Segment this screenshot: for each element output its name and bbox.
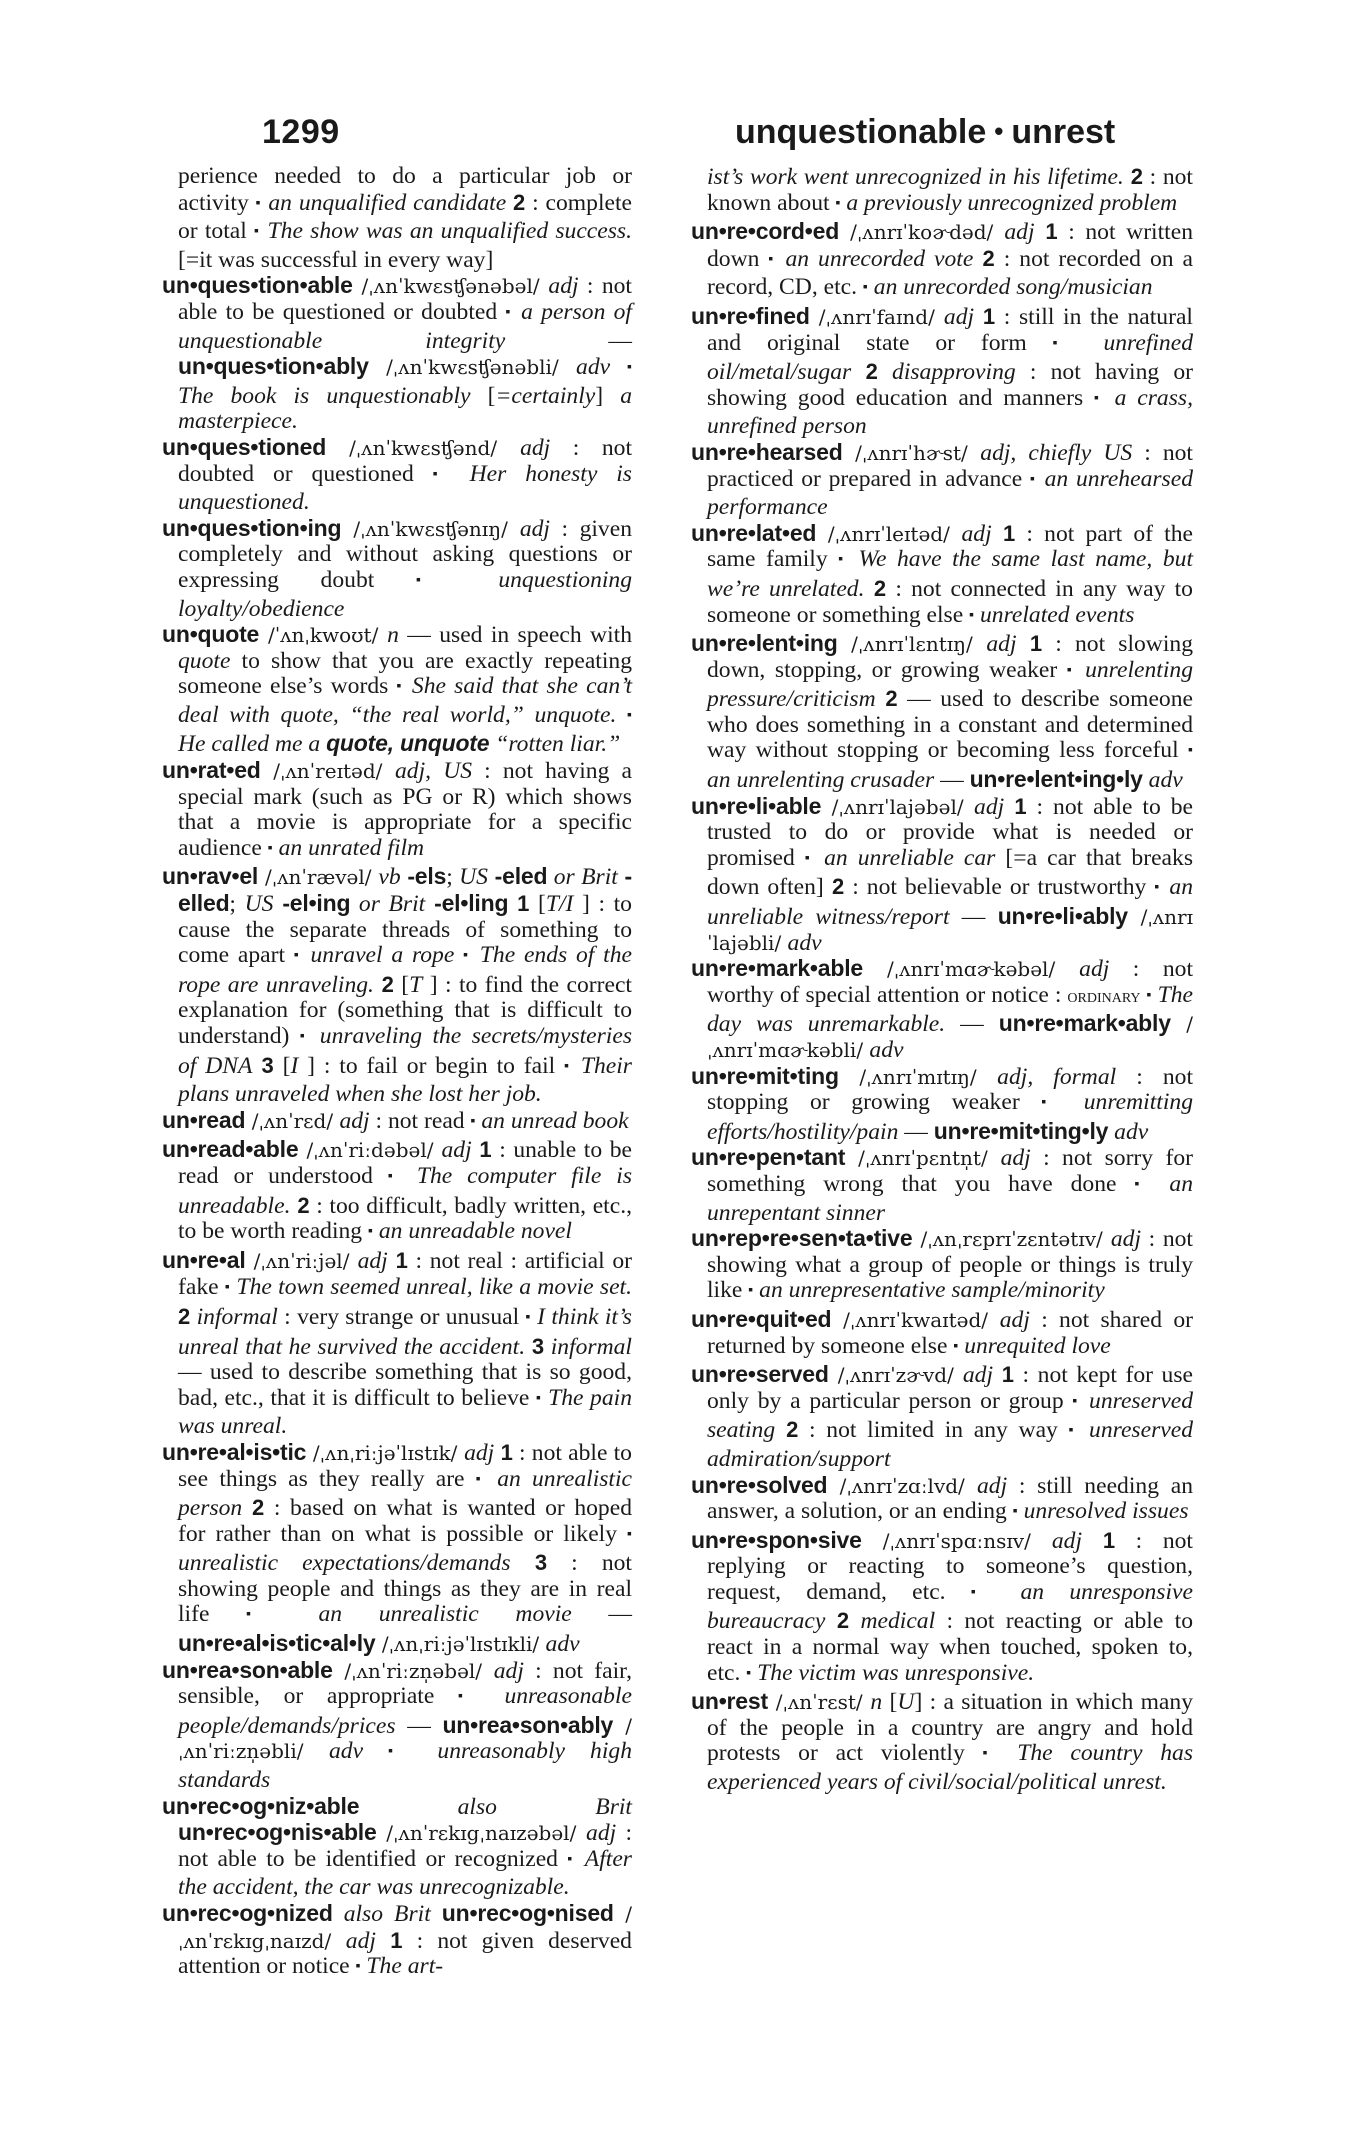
headword: un•read	[162, 1107, 245, 1133]
italic-text: an unreadable novel	[373, 1218, 572, 1244]
dictionary-entry: un•ques•tion•ing /ˌʌnˈkwɛsʧənɪŋ/ adj : g…	[162, 516, 632, 622]
italic-text: an unrelenting crusader	[707, 767, 934, 793]
sense-number: 1	[376, 1928, 403, 1953]
dictionary-entry: un•rest /ˌʌnˈrɛst/ n [U] : a situation i…	[691, 1689, 1193, 1795]
italic-text: =certainly	[495, 383, 595, 409]
headword: un•ques•tion•ing	[162, 515, 341, 541]
italic-text: an unrecorded song/musician	[868, 274, 1153, 300]
pronunciation: /ˌʌnrɪˈkwaɪtəd/	[831, 1308, 999, 1332]
italic-text: or Brit	[547, 864, 617, 890]
example-marker: ▪	[1013, 1504, 1018, 1519]
pronunciation: /ˌʌnˈkwɛsʧənd/	[326, 436, 520, 460]
pronunciation: /ˌʌnrɪˈlɛntɪŋ/	[838, 632, 987, 656]
definition-text: [=it was successful in every way]	[178, 247, 493, 273]
italic-text: adj	[1004, 219, 1034, 245]
headword: un•re•lent•ing	[691, 630, 838, 656]
pronunciation: /ˌʌnˈkwɛsʧənɪŋ/	[341, 517, 519, 541]
definition-text: [	[394, 972, 409, 998]
headword: un•re•mit•ting	[691, 1063, 839, 1089]
pronunciation: /ˌʌnˈriːzn̩əbəl/	[333, 1659, 494, 1683]
example-marker: ▪	[1134, 1177, 1151, 1192]
sense-number: 2	[374, 972, 394, 997]
example-marker: ▪	[1041, 1095, 1062, 1110]
guide-word-first: unquestionable	[735, 113, 986, 151]
pronunciation: /ˌʌnrɪˈkoɚdəd/	[839, 220, 1004, 244]
italic-text: adj	[1111, 1226, 1141, 1252]
sense-number: 1	[388, 1248, 408, 1273]
example-marker: ▪	[627, 1527, 632, 1542]
italic-text: T/I	[546, 891, 574, 917]
sense-number: 2	[513, 190, 525, 215]
dictionary-entry: un•re•fined /ˌʌnrɪˈfaɪnd/ adj 1 : still …	[691, 304, 1193, 440]
headword: un•re•hearsed	[691, 439, 843, 465]
headword: un•re•mit•ting•ly	[934, 1118, 1108, 1144]
italic-text: n	[870, 1689, 882, 1715]
sense-number: 1	[993, 1362, 1014, 1387]
pronunciation: /ˌʌnˈkwɛsʧənəbli/	[369, 355, 576, 379]
example-marker: ▪	[254, 224, 260, 239]
dictionary-entry: un•rea•son•able /ˌʌnˈriːzn̩əbəl/ adj : n…	[162, 1658, 632, 1794]
definition-text	[1141, 982, 1147, 1008]
definition-text	[616, 702, 627, 728]
definition-text: [	[274, 1053, 291, 1079]
dictionary-entry: un•rep•re•sen•ta•tive /ˌʌnˌrɛprɪˈzɛntətɪ…	[691, 1226, 1193, 1307]
sense-number: 2	[1124, 164, 1143, 189]
italic-text: adj	[1000, 1307, 1030, 1333]
sense-number: 2	[824, 874, 844, 899]
example-marker: ▪	[256, 196, 262, 211]
italic-text: adv	[788, 930, 822, 956]
page-number: 1299	[262, 113, 340, 152]
dictionary-entry: un•re•hearsed /ˌʌnrɪˈhɚst/ adj, chiefly …	[691, 440, 1193, 521]
example-marker: ▪	[388, 1169, 402, 1184]
pronunciation: /ˌʌnˈriːdəbəl/	[298, 1138, 441, 1162]
italic-text: adj	[520, 516, 550, 542]
example-marker: ▪	[300, 1029, 310, 1044]
sense-number: 3	[252, 1053, 273, 1078]
definition-text	[363, 1738, 388, 1764]
example-marker: ▪	[983, 1746, 1000, 1761]
dictionary-entry: un•ques•tion•able /ˌʌnˈkwɛsʧənəbəl/ adj …	[162, 273, 632, 435]
italic-text: The book is unquestionably	[178, 383, 488, 409]
pronunciation: /ˌʌnrɪˈmɑɚkəbəl/	[863, 957, 1079, 981]
sense-number: 1	[508, 891, 529, 916]
sense-number: 1	[1004, 794, 1026, 819]
italic-text: adv	[1143, 767, 1183, 793]
headword: un•re•lent•ing•ly	[970, 766, 1143, 792]
italic-text: adj	[1052, 1528, 1082, 1554]
pronunciation: /ˌʌnrɪˈspɑːnsɪv/	[862, 1529, 1052, 1553]
pronunciation: /ˌʌnrɪˈhɚst/	[843, 441, 981, 465]
headword: un•quote	[162, 621, 259, 647]
dictionary-entry: un•re•li•able /ˌʌnrɪˈlajəbəl/ adj 1 : no…	[691, 794, 1193, 957]
phrase-headword: quote, unquote	[326, 730, 489, 756]
example-marker: ▪	[471, 1114, 476, 1129]
italic-text: an unrated film	[273, 835, 424, 861]
dictionary-entry: un•re•quit•ed /ˌʌnrɪˈkwaɪtəd/ adj : not …	[691, 1307, 1193, 1362]
headword: un•re•al•is•tic	[162, 1439, 306, 1465]
entry-continuation: perience needed to do a particular job o…	[162, 164, 632, 273]
definition-text: —	[572, 1601, 632, 1627]
italic-text: adj	[961, 521, 991, 547]
pronunciation: /ˌʌnrɪˈlajəbəl/	[821, 795, 974, 819]
dictionary-entry: un•re•al•is•tic /ˌʌnˌriːjəˈlɪstɪk/ adj 1…	[162, 1440, 632, 1658]
sense-number: 1	[472, 1137, 492, 1162]
headword: un•ques•tion•able	[162, 272, 353, 298]
headword: un•ques•tioned	[162, 434, 326, 460]
italic-text: “rotten liar.”	[489, 731, 620, 757]
italic-text: unravel a rope	[302, 942, 463, 968]
italic-text: unresolved issues	[1018, 1498, 1189, 1524]
italic-text: quote	[178, 648, 230, 674]
italic-text: adj, chiefly US	[980, 440, 1132, 466]
italic-text: informal	[544, 1334, 632, 1360]
example-marker: ▪	[863, 280, 868, 295]
italic-text: unrequited love	[958, 1333, 1110, 1359]
definition-text: — used in speech with	[399, 622, 632, 648]
example-marker: ▪	[748, 1283, 753, 1298]
italic-text: or Brit	[350, 891, 425, 917]
example-marker: ▪	[268, 841, 273, 856]
pronunciation: /ˈʌnˌkwoʊt/	[259, 623, 387, 647]
example-marker: ▪	[416, 573, 457, 588]
italic-text: US	[245, 891, 274, 917]
pronunciation: /ˌʌnrɪˈpɛntn̩t/	[845, 1146, 1000, 1170]
example-marker: ▪	[458, 1689, 481, 1704]
italic-text: The town seemed unreal, like a movie set…	[230, 1274, 632, 1300]
italic-text: adj	[520, 435, 550, 461]
headword: un•rec•og•nised	[442, 1900, 614, 1926]
dictionary-entry: un•read•able /ˌʌnˈriːdəbəl/ adj 1 : unab…	[162, 1137, 632, 1247]
italic-text: ist’s work went unrecognized in his life…	[707, 164, 1124, 190]
italic-text: informal	[190, 1304, 278, 1330]
headword: un•re•li•ably	[998, 903, 1128, 929]
dictionary-entry: un•read /ˌʌnˈrɛd/ adj : not read ▪ an un…	[162, 1108, 632, 1138]
italic-text: an unrealistic movie	[282, 1601, 572, 1627]
pronunciation: /ˌʌnrɪˈzɚvd/	[829, 1363, 963, 1387]
headword: un•re•cord•ed	[691, 218, 839, 244]
italic-text: adj	[464, 1440, 494, 1466]
example-marker: ▪	[433, 467, 451, 482]
italic-text: adj	[1001, 1145, 1031, 1171]
italic-text: He called me a	[178, 731, 326, 757]
headword: un•rep•re•sen•ta•tive	[691, 1225, 912, 1251]
example-marker: ▪	[536, 1391, 542, 1406]
example-marker: ▪	[1154, 880, 1161, 895]
italic-text: a previously unrecognized problem	[840, 190, 1177, 216]
italic-text: unrealistic expectations/demands	[178, 1550, 511, 1576]
example-marker: ▪	[388, 1744, 412, 1759]
sense-number: 2	[178, 1304, 190, 1329]
example-marker: ▪	[746, 1666, 751, 1681]
definition-text: : not read	[370, 1108, 471, 1134]
sense-number: 3	[511, 1550, 548, 1575]
headword: un•re•mark•ably	[999, 1010, 1171, 1036]
definition-text: ]	[595, 383, 603, 409]
sense-number: 1	[1017, 631, 1043, 656]
example-marker: ▪	[396, 679, 403, 694]
headword: un•rat•ed	[162, 757, 261, 783]
pronunciation: /ˌʌnˈrɛd/	[245, 1109, 339, 1133]
example-marker: ▪	[564, 1059, 572, 1074]
example-marker: ▪	[505, 305, 512, 320]
pronunciation: /ˌʌnˈkwɛsʧənəbəl/	[353, 274, 549, 298]
italic-text: adj, formal	[997, 1064, 1116, 1090]
dictionary-entry: un•rat•ed /ˌʌnˈreɪtəd/ adj, US : not hav…	[162, 758, 632, 864]
guide-word-last: unrest	[1011, 113, 1115, 151]
sense-number: 2	[775, 1417, 798, 1442]
definition-text: [	[882, 1689, 897, 1715]
italic-text: adv	[576, 354, 610, 380]
sense-number: 1	[1082, 1528, 1115, 1553]
dictionary-entry: un•re•spon•sive /ˌʌnrɪˈspɑːnsɪv/ adj 1 :…	[691, 1528, 1193, 1690]
italic-text: also Brit	[359, 1794, 632, 1820]
italic-text: adj	[986, 631, 1016, 657]
headword: un•re•fined	[691, 303, 810, 329]
example-marker: ▪	[246, 1607, 282, 1622]
italic-text: US	[459, 864, 488, 890]
italic-text: adj	[441, 1137, 471, 1163]
definition-text: —	[934, 767, 969, 793]
example-marker: ▪	[567, 1852, 575, 1867]
headword: -el•ling	[425, 890, 508, 916]
italic-text: The show was an unqualified success.	[260, 218, 632, 244]
italic-text: adj	[586, 1820, 616, 1846]
italic-text: adj	[346, 1928, 376, 1954]
italic-text: an unrepresentative sample/minority	[753, 1277, 1104, 1303]
pronunciation: /ˌʌnˈrævəl/	[258, 865, 378, 889]
headword: un•re•quit•ed	[691, 1306, 831, 1332]
example-marker: ▪	[805, 851, 814, 866]
definition-text: : not limited in any way	[798, 1417, 1068, 1443]
definition-text	[610, 354, 627, 380]
italic-text: also Brit	[333, 1901, 442, 1927]
italic-text: adj	[974, 794, 1004, 820]
example-marker: ▪	[835, 196, 840, 211]
example-marker: ▪	[1069, 1423, 1079, 1438]
dictionary-entry: un•re•cord•ed /ˌʌnrɪˈkoɚdəd/ adj 1 : not…	[691, 219, 1193, 304]
headword: un•re•al•is•tic•al•ly	[178, 1630, 376, 1656]
italic-text: an unrecorded vote	[776, 246, 973, 272]
example-marker: ▪	[953, 1339, 958, 1354]
definition-text: —	[898, 1119, 933, 1145]
italic-text: adj	[977, 1473, 1007, 1499]
sense-number: 2	[242, 1495, 264, 1520]
definition-text: : not believable or trustworthy	[844, 874, 1154, 900]
italic-text: medical	[849, 1608, 935, 1634]
headword: un•read•able	[162, 1136, 298, 1162]
example-marker: ▪	[1053, 336, 1078, 351]
example-marker: ▪	[969, 608, 974, 623]
headword: un•re•spon•sive	[691, 1527, 862, 1553]
italic-text: T	[409, 972, 422, 998]
pronunciation: /ˌʌnˌriːjəˈlɪstɪk/	[306, 1441, 464, 1465]
definition-text: : very strange or unusual	[278, 1304, 526, 1330]
example-marker: ▪	[1188, 743, 1193, 758]
pronunciation: /ˌʌnrɪˈleɪtəd/	[816, 522, 961, 546]
sense-number: 1	[992, 521, 1016, 546]
example-marker: ▪	[1147, 988, 1152, 1003]
left-column: perience needed to do a particular job o…	[162, 164, 632, 1983]
definition-text: —	[505, 328, 632, 354]
example-marker: ▪	[1072, 1394, 1080, 1409]
definition-text: —	[950, 904, 998, 930]
definition-text: ;	[446, 864, 459, 890]
example-marker: ▪	[225, 1280, 230, 1295]
headword: un•re•served	[691, 1361, 829, 1387]
headword: un•re•mark•able	[691, 955, 863, 981]
sense-number: 1	[1035, 219, 1058, 244]
dictionary-entry: un•re•lat•ed /ˌʌnrɪˈleɪtəd/ adj 1 : not …	[691, 521, 1193, 631]
definition-text: ] : to fail or begin to fail	[298, 1053, 564, 1079]
italic-text: adj	[494, 1658, 524, 1684]
sense-number: 2	[851, 359, 878, 384]
dictionary-entry: un•rec•og•nized also Brit un•rec•og•nise…	[162, 1901, 632, 1983]
pronunciation: /ˌʌnˈrɛkɪgˌnaɪzəbəl/	[377, 1821, 586, 1845]
headword: un•re•solved	[691, 1472, 827, 1498]
definition-text: —	[945, 1011, 999, 1037]
sense-number: 1	[494, 1440, 513, 1465]
italic-text: adv	[546, 1631, 580, 1657]
dictionary-entry: un•re•mit•ting /ˌʌnrɪˈmɪtɪŋ/ adj, formal…	[691, 1064, 1193, 1146]
headword: -el•ing	[273, 890, 350, 916]
headword: un•ques•tion•ably	[178, 353, 369, 379]
italic-text: disapproving	[878, 359, 1016, 385]
italic-text: The victim was unresponsive.	[751, 1660, 1034, 1686]
headword: -els	[401, 863, 447, 889]
italic-text: an unqualified candidate	[262, 190, 514, 216]
italic-text: The art-	[361, 1953, 444, 1979]
sense-number: 3	[525, 1334, 544, 1359]
dictionary-entry: un•re•solved /ˌʌnrɪˈzɑːlvd/ adj : still …	[691, 1473, 1193, 1528]
example-marker: ▪	[627, 360, 632, 375]
italic-text: adv	[329, 1738, 363, 1764]
sense-number: 2	[865, 576, 887, 601]
headword: -eled	[488, 863, 547, 889]
pronunciation: /ˌʌnrɪˈzɑːlvd/	[827, 1474, 977, 1498]
italic-text: adv	[1108, 1119, 1148, 1145]
example-marker: ▪	[1067, 663, 1076, 678]
headword: un•re•lat•ed	[691, 520, 816, 546]
pronunciation: /ˌʌnˈrɛst/	[768, 1690, 870, 1714]
dictionary-entry: un•rav•el /ˌʌnˈrævəl/ vb -els; US -eled …	[162, 864, 632, 1107]
example-marker: ▪	[463, 948, 471, 963]
example-marker: ▪	[768, 252, 776, 267]
italic-text: adj	[339, 1108, 369, 1134]
definition-text: —	[396, 1713, 443, 1739]
sense-number: 2	[876, 686, 898, 711]
italic-text: adj	[358, 1248, 388, 1274]
italic-text: adj	[944, 304, 974, 330]
right-column: ist’s work went unrecognized in his life…	[691, 164, 1193, 1796]
example-marker: ▪	[1094, 391, 1104, 406]
sense-number: 1	[974, 304, 995, 329]
dictionary-entry: un•rec•og•niz•able also Brit un•rec•og•n…	[162, 1794, 632, 1901]
headword: un•re•al	[162, 1247, 246, 1273]
italic-text: adj, US	[395, 758, 472, 784]
dictionary-entry: un•re•al /ˌʌnˈriːjəl/ adj 1 : not real :…	[162, 1248, 632, 1440]
pronunciation: /ˌʌnˈreɪtəd/	[261, 759, 395, 783]
headword: un•re•pen•tant	[691, 1144, 845, 1170]
pronunciation: /ˌʌnrɪˈmɪtɪŋ/	[839, 1065, 997, 1089]
synonym-crossref: ordinary	[1067, 985, 1140, 1007]
example-marker: ▪	[627, 708, 632, 723]
pronunciation: /ˌʌnˈriːjəl/	[246, 1249, 358, 1273]
headword: un•rea•son•able	[162, 1657, 333, 1683]
guide-words: unquestionable•unrest	[735, 113, 1115, 152]
italic-text: unrelated events	[974, 602, 1134, 628]
guide-separator: •	[986, 116, 1011, 146]
sense-number: 2	[825, 1608, 849, 1633]
italic-text: adj	[963, 1362, 993, 1388]
italic-text: an unreliable car	[814, 845, 995, 871]
italic-text: adj	[548, 273, 578, 299]
italic-text: adv	[869, 1037, 903, 1063]
headword: un•rest	[691, 1688, 768, 1714]
example-marker: ▪	[838, 552, 848, 567]
example-marker: ▪	[476, 1472, 486, 1487]
example-marker: ▪	[525, 1310, 530, 1325]
headword: un•re•li•able	[691, 793, 821, 819]
dictionary-entry: un•re•mark•able /ˌʌnrɪˈmɑɚkəbəl/ adj : n…	[691, 956, 1193, 1063]
definition-text: ;	[229, 891, 244, 917]
sense-number: 2	[973, 246, 994, 271]
pronunciation: /ˌʌnˌrɛprɪˈzɛntətɪv/	[912, 1227, 1110, 1251]
pronunciation: /ˌʌnˌriːjəˈlɪstɪkli/	[376, 1632, 546, 1656]
example-marker: ▪	[368, 1224, 373, 1239]
dictionary-entry: un•re•lent•ing /ˌʌnrɪˈlɛntɪŋ/ adj 1 : no…	[691, 631, 1193, 794]
headword: un•rec•og•niz•able	[162, 1793, 359, 1819]
example-marker: ▪	[1030, 472, 1037, 487]
entry-continuation: ist’s work went unrecognized in his life…	[691, 164, 1193, 219]
headword: un•rec•og•nized	[162, 1900, 333, 1926]
italic-text: U	[897, 1689, 914, 1715]
dictionary-entry: un•quote /ˈʌnˌkwoʊt/ n — used in speech …	[162, 622, 632, 758]
dictionary-entry: un•re•served /ˌʌnrɪˈzɚvd/ adj 1 : not ke…	[691, 1362, 1193, 1472]
italic-text: an unread book	[475, 1108, 628, 1134]
example-marker: ▪	[971, 1585, 995, 1600]
italic-text: adj	[1079, 956, 1109, 982]
dictionary-entry: un•ques•tioned /ˌʌnˈkwɛsʧənd/ adj : not …	[162, 435, 632, 516]
headword: un•rec•og•nis•able	[178, 1819, 377, 1845]
example-marker: ▪	[294, 948, 302, 963]
dictionary-entry: un•re•pen•tant /ˌʌnrɪˈpɛntn̩t/ adj : not…	[691, 1145, 1193, 1226]
headword: un•rea•son•ably	[442, 1712, 613, 1738]
italic-text: n	[387, 622, 399, 648]
example-marker: ▪	[356, 1959, 361, 1974]
sense-number: 2	[291, 1193, 310, 1218]
headword: un•rav•el	[162, 863, 258, 889]
pronunciation: /ˌʌnrɪˈfaɪnd/	[810, 305, 944, 329]
definition-text: [	[529, 891, 545, 917]
italic-text: vb	[378, 864, 400, 890]
